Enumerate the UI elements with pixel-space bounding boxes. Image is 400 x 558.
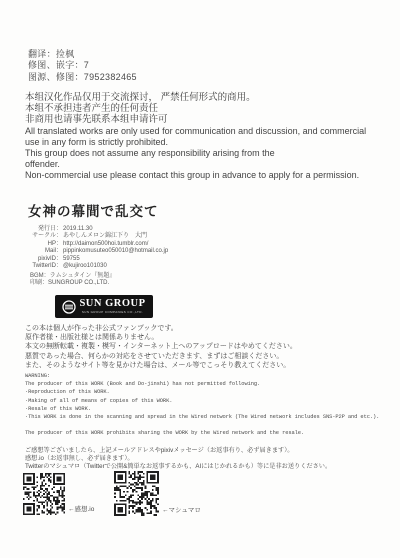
- doujinshi-credits-page: 翻译：捡枫 修图、嵌字：7 图源、修图：7952382465 本组汉化作品仅用于…: [0, 0, 400, 558]
- notice-line: この本は個人が作った非公式ファンブックです。: [25, 324, 297, 333]
- disclaimer-en-line: Non-commercial use please contact this g…: [25, 170, 366, 181]
- credit-line-retouch-typeset: 修图、嵌字：7: [28, 60, 137, 71]
- colophon-block: 発行日： 2019.11.30 サークル： あやしんメロン錦江下り 大門 HP：…: [8, 226, 168, 270]
- disclaimer-cn-line: 非商用也请事先联系本组申请许可: [25, 114, 366, 125]
- feedback-line: 感想.io（お返事無し、必ず届きます）。: [25, 455, 331, 463]
- colophon-label: TwitterID：: [8, 263, 62, 270]
- warning-block: WARNING: The producer of this WORK (Book…: [25, 372, 379, 437]
- warning-heading: WARNING:: [25, 372, 379, 380]
- colophon-value: pippinkomusuteo050010@hotmail.co.jp: [63, 248, 168, 255]
- disclaimer-block: 本组汉化作品仅用于交流探讨， 严禁任何形式的商用。 本组不承担违者产生的任何责任…: [25, 92, 366, 182]
- logo-text: SUN GROUP: [79, 299, 145, 310]
- colophon-row-pixiv: pixivID： 59755: [8, 256, 168, 263]
- credit-line-source: 图源、修图：7952382465: [28, 72, 137, 83]
- disclaimer-en-line: offender.: [25, 159, 366, 170]
- colophon-row-mail: Mail： pippinkomusuteo050010@hotmail.co.j…: [8, 248, 168, 255]
- feedback-line: Twitterのマシュマロ（Twitterで公開&簡単なお返事するかも、AIには…: [25, 463, 331, 471]
- qr-label: ←感想.io: [68, 504, 94, 513]
- sun-group-logo: SUN GROUP SUN GROUP COMPANIES CO.,LTD.: [55, 295, 153, 318]
- notice-line: 悪質であった場合、何らかの対応をさせていただきます、まずはご相談ください。: [25, 352, 297, 361]
- warning-line: ·Reproduction of this WORK.: [25, 388, 379, 396]
- disclaimer-cn-line: 本组汉化作品仅用于交流探讨， 严禁任何形式的商用。: [25, 92, 366, 103]
- doujin-title: 女神の幕間で乱交て: [28, 200, 159, 220]
- fanbook-notice-block: この本は個人が作った非公式ファンブックです。 原作者様・出版社様とは関係ありませ…: [25, 324, 297, 370]
- warning-line: ·This WORK is done in the scanning and s…: [25, 413, 379, 421]
- feedback-line: ご感想等ございましたら、上記メールアドレスやpixivメッセージ（お返事有り、必…: [25, 447, 331, 455]
- disclaimer-en-line: use in any form is strictly prohibited.: [25, 137, 366, 148]
- qr-code-image: [114, 471, 159, 516]
- disclaimer-en-line: All translated works are only used for c…: [25, 126, 366, 137]
- notice-line: また、そのようなサイト等を見かけた場合は、メール等でこっそり教えてください。: [25, 361, 297, 370]
- translation-credits-block: 翻译：捡枫 修图、嵌字：7 图源、修图：7952382465: [28, 49, 137, 83]
- qr-label: ←マシュマロ: [162, 505, 201, 514]
- credit-line-translator: 翻译：捡枫: [28, 49, 137, 60]
- feedback-block: ご感想等ございましたら、上記メールアドレスやpixivメッセージ（お返事有り、必…: [25, 447, 331, 471]
- logo-tagline: SUN GROUP COMPANIES CO.,LTD.: [82, 311, 143, 314]
- warning-line: The producer of this WORK (Book and Do-j…: [25, 380, 379, 388]
- disclaimer-cn-line: 本组不承担违者产生的任何责任: [25, 103, 366, 114]
- production-line-printer: 印刷：SUNGROUP CO.,LTD.: [30, 280, 115, 287]
- sun-icon: [62, 300, 76, 314]
- colophon-value: 59755: [63, 256, 80, 263]
- disclaimer-en-line: This group does not assume any responsib…: [25, 148, 366, 159]
- colophon-label: サークル：: [8, 233, 62, 240]
- colophon-label: Mail：: [8, 248, 62, 255]
- qr-marshmallow: ←マシュマロ: [114, 471, 201, 516]
- notice-line: 本文の無断転載・複製・模写・インターネット上へのアップロードはやめてください。: [25, 342, 297, 351]
- colophon-value: http://daimon500hoi.tumblr.com/: [63, 241, 148, 248]
- colophon-row-twitter: TwitterID： @kujiroo101030: [8, 263, 168, 270]
- colophon-label: pixivID：: [8, 256, 62, 263]
- qr-feedback-io: ←感想.io: [23, 473, 94, 515]
- logo-text-group: SUN GROUP SUN GROUP COMPANIES CO.,LTD.: [79, 299, 145, 314]
- colophon-value: あやしんメロン錦江下り 大門: [63, 233, 147, 240]
- colophon-row-circle: サークル： あやしんメロン錦江下り 大門: [8, 233, 168, 240]
- colophon-value: @kujiroo101030: [63, 263, 107, 270]
- production-block: BGM：ラムシュタイン『無題』 印刷：SUNGROUP CO.,LTD.: [30, 273, 115, 288]
- colophon-row-hp: HP： http://daimon500hoi.tumblr.com/: [8, 241, 168, 248]
- colophon-label: HP：: [8, 241, 62, 248]
- warning-line: ·Making of all of means of copies of thi…: [25, 397, 379, 405]
- warning-line: ·Resale of this WORK.: [25, 405, 379, 413]
- warning-footer: The producer of this WORK prohibits shar…: [25, 429, 379, 437]
- qr-code-image: [23, 473, 65, 515]
- notice-line: 原作者様・出版社様とは関係ありません。: [25, 333, 297, 342]
